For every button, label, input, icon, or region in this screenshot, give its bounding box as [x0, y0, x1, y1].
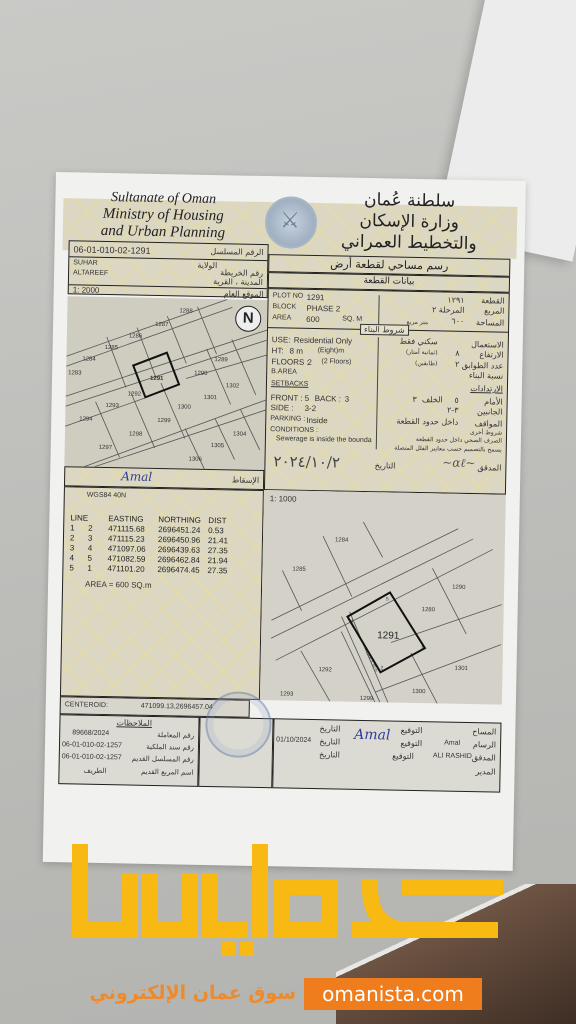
plot-data-box: PLOT NO 1291 BLOCK PHASE 2 AREA 600 SQ. … [264, 288, 510, 495]
floors-label-ar: عدد الطوابق [462, 361, 504, 371]
parking-ar: داخل حدود القطعة [396, 417, 458, 427]
back-label: BACK : [315, 394, 341, 404]
svg-text:1284: 1284 [335, 537, 349, 543]
coordinate-cell: 27.35 [208, 546, 238, 557]
ministry-line-1-ar: وزارة الإسكان [341, 210, 477, 234]
drafter-date-label: التاريخ [319, 737, 340, 746]
svg-text:1299: 1299 [157, 418, 171, 424]
drafter-date: 01/10/2024 [276, 736, 311, 744]
surveyor-label: المساح [472, 727, 496, 736]
coordinate-cell: 2 [88, 524, 108, 534]
building-conditions-title: شروط البناء [360, 324, 409, 336]
svg-text:1299: 1299 [360, 696, 374, 702]
coordinate-cell: 471101.20 [107, 564, 157, 575]
height-value: 8 m [290, 347, 304, 356]
ministry-name-ar: سلطنة عُمان وزارة الإسكان والتخطيط العمر… [341, 189, 478, 255]
general-scale: 1: 2000 [73, 285, 100, 295]
drafter-name: Amal [444, 740, 460, 747]
document-title: رسم مساحي لقطعة أرض [269, 256, 509, 274]
coordinate-cell: 2 [70, 533, 88, 543]
drafter-label: الرسام [473, 740, 496, 749]
side-label-ar: الجانبين [477, 407, 503, 416]
block-ar: المرحلة ٢ [432, 305, 465, 315]
coordinate-cell: 4 [88, 544, 108, 554]
svg-text:1305: 1305 [211, 443, 225, 449]
front-ar: ٥ [454, 396, 458, 405]
col-dist: DIST [208, 516, 238, 527]
omanista-url-badge: omanista.com [304, 978, 482, 1010]
datum-label: WGS84 40N [87, 492, 126, 500]
block-label: BLOCK [272, 303, 296, 310]
svg-text:1284: 1284 [82, 357, 96, 363]
floors-label: FLOORS : [271, 357, 309, 367]
side-value: 3-2 [304, 404, 316, 413]
svg-text:1293: 1293 [105, 403, 119, 409]
coordinate-cell: 27.35 [207, 566, 237, 577]
coordinate-cell: 5 [87, 554, 107, 564]
ministry-name-en: Sultanate of Oman Ministry of Housing an… [101, 189, 226, 242]
height-words: (Eight)m [318, 347, 345, 355]
area-ar: ٦٠٠ [451, 317, 464, 326]
svg-text:1291: 1291 [150, 376, 164, 382]
old-block-name: الطريف [83, 767, 106, 775]
plot-no-value: 1291 [307, 293, 325, 302]
omanista-logo [70, 842, 510, 962]
svg-text:1300: 1300 [177, 404, 191, 410]
use-ar: سكني فقط [400, 337, 438, 347]
wilayat-label: الولاية [197, 261, 217, 270]
setbacks-label: SETBACKS [271, 380, 308, 388]
surveyor-signature-label: التوقيع [401, 726, 423, 735]
survey-document: Sultanate of Oman Ministry of Housing an… [43, 172, 526, 871]
svg-text:1298: 1298 [129, 431, 143, 437]
floors-words-ar: (طابقين) [415, 360, 438, 367]
village-value: ALTAREEF [73, 269, 108, 277]
plot-no-ar: ١٢٩١ [447, 296, 464, 305]
transaction-label: رقم المعاملة [157, 731, 194, 740]
svg-text:1290: 1290 [194, 371, 208, 377]
height-ar: ٨ [455, 349, 459, 358]
ownership-deed-number: 06-01-010-02-1257 [62, 741, 122, 749]
svg-text:1280: 1280 [422, 607, 436, 613]
svg-text:1306: 1306 [188, 457, 202, 463]
side-ar: ٣-٢ [447, 406, 459, 415]
ministry-line-2-ar: والتخطيط العمراني [341, 231, 477, 255]
drafter-signature: Amal [354, 727, 391, 744]
front-label-ar: الأمام [484, 397, 503, 406]
checker-signature: ~ɑℓ~ [442, 455, 476, 471]
svg-text:1290: 1290 [452, 585, 466, 591]
serial-number: 06-01-010-02-1291 [73, 244, 150, 255]
detail-plan-drawing: 1284 1285 1290 1280 1292 1293 1301 1300 … [260, 490, 506, 705]
use-label: USE: [272, 335, 291, 344]
checker-signature-label: التوقيع [392, 752, 414, 761]
coordinate-cell: 5 [69, 563, 87, 573]
oman-emblem-icon [265, 196, 318, 249]
notes-box: الملاحظات 89668/2024 رقم المعاملة 06-01-… [58, 714, 199, 787]
centroid-label: CENTEROID: [65, 701, 108, 709]
svg-text:1294: 1294 [79, 416, 93, 422]
use-value: Residential Only [294, 336, 352, 346]
floors-words: (2 Floors) [321, 358, 351, 366]
svg-text:1300: 1300 [412, 689, 426, 695]
centroid-value: 471099.13,2696457.04 [141, 703, 213, 711]
use-label-ar: الاستعمال [471, 340, 504, 350]
area-unit: SQ. M [342, 316, 362, 323]
svg-text:1304: 1304 [233, 431, 247, 437]
svg-text:1301: 1301 [454, 666, 468, 672]
ownership-deed-label: رقم سند الملكية [146, 743, 194, 752]
checker-label-ar: المدقق [477, 463, 501, 472]
parking-label-ar: المواقف [474, 419, 502, 429]
svg-text:1297: 1297 [99, 445, 113, 451]
checker-name: ALI RASHID [433, 752, 472, 760]
svg-text:1292: 1292 [128, 391, 142, 397]
conditions-ar-1: الصرف الصحي داخل حدود القطعة [416, 436, 502, 445]
coordinate-cell: 2696474.45 [157, 565, 207, 576]
plot-label-ar: القطعة [481, 296, 505, 305]
coordinate-cell: 1 [70, 523, 88, 533]
plot-data-title: بيانات القطعة [269, 274, 509, 289]
coordinate-cell: 4 [69, 553, 87, 563]
setbacks-label-ar: الارتدادات [470, 384, 503, 394]
site-plan-map: 1288 1287 1286 1285 1284 1283 1289 1290 … [64, 296, 267, 470]
parking-value: Inside [306, 416, 328, 425]
building-area-label-ar: نسبة البناء [469, 371, 503, 381]
conditions-label: CONDITIONS : [270, 426, 318, 434]
svg-text:2: 2 [380, 665, 383, 671]
wilayat-value: SUHAR [73, 259, 98, 266]
back-value: 3 [345, 395, 350, 404]
svg-text:1287: 1287 [155, 322, 169, 328]
building-area-label: B.AREA [271, 368, 297, 375]
svg-text:1289: 1289 [214, 357, 228, 363]
transaction-number: 89668/2024 [72, 729, 109, 737]
old-serial-label: رقم المسلسل القديم [132, 755, 194, 764]
serial-label: الرقم المسلسل [210, 247, 263, 257]
country-name-ar: سلطنة عُمان [342, 189, 478, 213]
front-label: FRONT : [271, 393, 303, 403]
svg-text:1291: 1291 [377, 630, 400, 641]
svg-text:4: 4 [350, 619, 353, 625]
coordinate-row: 51471101.202696474.4527.35 [69, 563, 237, 576]
conditions-label-ar: شروط أخرى [470, 429, 502, 437]
drafter-signature-label: التوقيع [400, 739, 422, 748]
checker-date-label: التاريخ [319, 750, 340, 759]
floors-ar: ٢ [455, 360, 459, 369]
coordinates-panel: WGS84 40N LINE EASTING NORTHING DIST 124… [60, 486, 264, 700]
svg-text:1293: 1293 [280, 691, 294, 697]
parking-label: PARKING : [270, 415, 305, 423]
svg-text:1285: 1285 [105, 345, 119, 351]
svg-text:5: 5 [386, 596, 389, 602]
svg-text:1286: 1286 [129, 333, 143, 339]
coordinate-cell: 3 [70, 543, 88, 553]
svg-text:1302: 1302 [226, 383, 240, 389]
area-summary: AREA = 600 SQ.m [85, 580, 152, 590]
coordinate-cell: 3 [88, 534, 108, 544]
coordinate-cell: 21.41 [208, 536, 238, 547]
svg-text:1292: 1292 [318, 667, 332, 673]
height-label: HT: [272, 346, 284, 355]
svg-text:1283: 1283 [68, 370, 82, 376]
area-unit-ar: متر مربع [406, 319, 428, 326]
ministry-line-2: and Urban Planning [101, 223, 225, 242]
plot-no-label: PLOT NO [273, 292, 304, 300]
floors-value: 2 [307, 358, 312, 367]
projection-label: الإسقاط [232, 475, 260, 485]
svg-text:Lane 4.30 m: Lane 4.30 m [365, 650, 380, 673]
svg-text:1288: 1288 [179, 308, 193, 314]
height-label-ar: الارتفاع [479, 350, 503, 359]
coordinate-cell: 1 [87, 564, 107, 574]
svg-text:1301: 1301 [204, 395, 218, 401]
back-ar: ٣ [412, 395, 416, 404]
handwritten-date: ٢٠٢٤/١٠/٢ [273, 452, 340, 471]
front-value: 5 [305, 394, 310, 403]
area-label: AREA [272, 314, 291, 321]
conditions-ar-2: يسمح بالتصميم حسب معايير الفلل المتصلة [394, 445, 502, 454]
block-label-ar: المربع [484, 306, 504, 315]
surveyor-date-label: التاريخ [320, 724, 341, 733]
omanista-tagline: سوق عمان الإلكتروني [76, 982, 296, 1004]
height-words-ar: (ثمانية أمتار) [406, 349, 438, 357]
svg-text:1: 1 [421, 645, 424, 651]
old-block-label: اسم المربع القديم [141, 768, 194, 777]
drafter-signature: Amal [121, 469, 152, 484]
side-label: SIDE : [270, 403, 293, 412]
conditions-value: Sewerage is inside the bounda [276, 435, 372, 444]
back-label-ar: الخلف [422, 395, 443, 404]
block-value: PHASE 2 [306, 304, 340, 314]
coordinate-cell: 21.94 [207, 556, 237, 567]
detail-plan-map: 1: 1000 1284 1285 1290 1280 1292 1293 13… [260, 490, 506, 705]
coordinates-table: LINE EASTING NORTHING DIST 12471115.6826… [69, 513, 238, 576]
area-label-ar: المساحة [476, 318, 504, 328]
old-serial-number: 06-01-010-02-1257 [62, 753, 122, 761]
signatures-box: المساح التوقيع التاريخ الرسام Amal التوق… [272, 718, 501, 792]
coordinate-cell: 0.53 [208, 526, 238, 537]
general-location-label: الموقع العام [224, 289, 264, 299]
checker-label: المدقق [472, 753, 496, 762]
area-value: 600 [306, 315, 320, 324]
svg-text:1285: 1285 [292, 567, 306, 573]
notes-title: الملاحظات [116, 718, 152, 728]
date-label-ar: التاريخ [375, 461, 396, 470]
director-label: المدير [475, 767, 495, 776]
village-label: المدينة ، القرية [213, 277, 263, 287]
